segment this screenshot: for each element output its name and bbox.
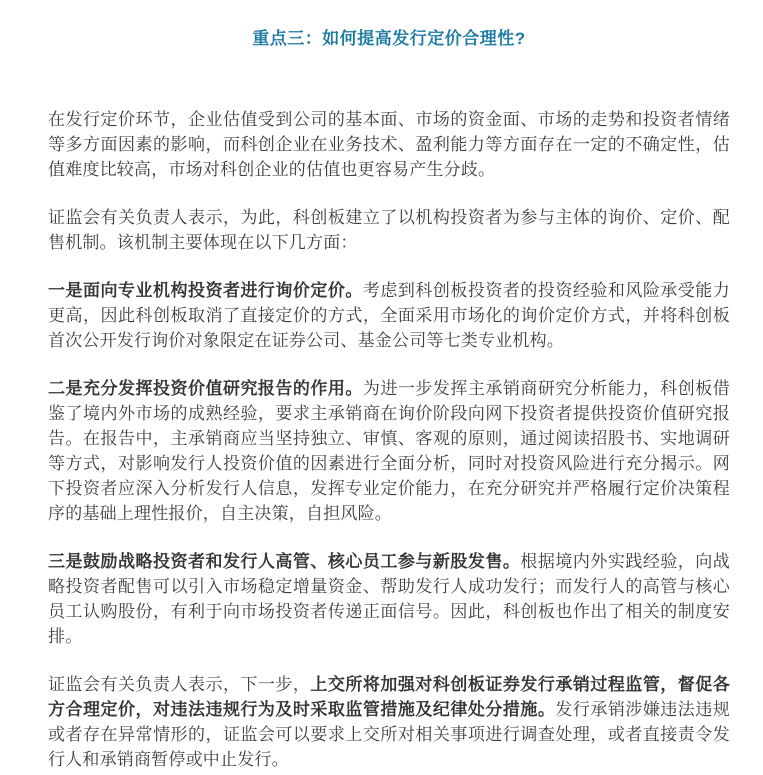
article-page: 重点三：如何提高发行定价合理性? 在发行定价环节，企业估值受到公司的基本面、市场… bbox=[0, 0, 763, 775]
paragraph: 一是面向专业机构投资者进行询价定价。考虑到科创板投资者的投资经验和风险承受能力更… bbox=[48, 278, 730, 353]
text-segment: 证监会有关负责人表示，为此，科创板建立了以机构投资者为参与主体的询价、定价、配售… bbox=[48, 208, 730, 252]
paragraph: 证监会有关负责人表示，下一步，上交所将加强对科创板证券发行承销过程监管，督促各方… bbox=[48, 672, 730, 772]
paragraph: 三是鼓励战略投资者和发行人高管、核心员工参与新股发售。根据境内外实践经验，向战略… bbox=[48, 549, 730, 649]
paragraph: 二是充分发挥投资价值研究报告的作用。为进一步发挥主承销商研究分析能力，科创板借鉴… bbox=[48, 376, 730, 526]
bold-text-segment: 二是充分发挥投资价值研究报告的作用。 bbox=[48, 379, 363, 398]
bold-text-segment: 三是鼓励战略投资者和发行人高管、核心员工参与新股发售。 bbox=[48, 552, 520, 571]
paragraph: 在发行定价环节，企业估值受到公司的基本面、市场的资金面、市场的走势和投资者情绪等… bbox=[48, 107, 730, 182]
paragraph: 证监会有关负责人表示，为此，科创板建立了以机构投资者为参与主体的询价、定价、配售… bbox=[48, 205, 730, 255]
text-segment: 证监会有关负责人表示，下一步， bbox=[48, 675, 310, 694]
article-body: 在发行定价环节，企业估值受到公司的基本面、市场的资金面、市场的走势和投资者情绪等… bbox=[48, 107, 730, 772]
text-segment: 在发行定价环节，企业估值受到公司的基本面、市场的资金面、市场的走势和投资者情绪等… bbox=[48, 110, 730, 179]
bold-text-segment: 一是面向专业机构投资者进行询价定价。 bbox=[48, 281, 363, 300]
text-segment: 为进一步发挥主承销商研究分析能力，科创板借鉴了境内外市场的成熟经验，要求主承销商… bbox=[48, 379, 730, 523]
article-title: 重点三：如何提高发行定价合理性? bbox=[48, 28, 730, 49]
